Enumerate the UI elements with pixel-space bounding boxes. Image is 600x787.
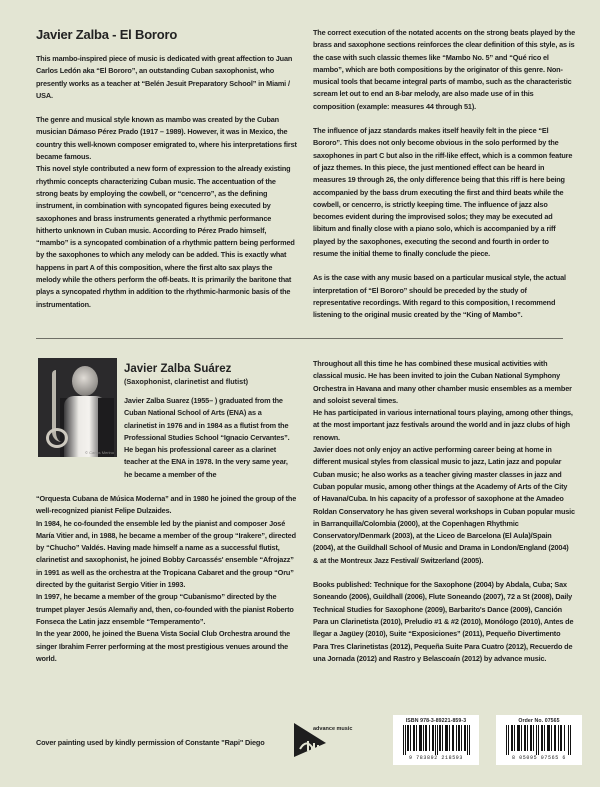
photo-credit: © Carlos Merino xyxy=(85,450,114,455)
article-paragraph: As is the case with any music based on a… xyxy=(313,272,575,321)
back-cover-page: Javier Zalba - El Bororo This mambo-insp… xyxy=(0,0,600,787)
bio-name: Javier Zalba Suárez xyxy=(124,362,248,376)
article-title: Javier Zalba - El Bororo xyxy=(36,27,298,43)
bio-intro: Javier Zalba Suarez (1955– ) graduated f… xyxy=(124,395,294,481)
bio-paragraph: In the year 2000, he joined the Buena Vi… xyxy=(36,628,298,665)
bio-paragraph: Throughout all this time he has combined… xyxy=(313,358,575,407)
isbn-barcode: ISBN 978-3-89221-859-3 9 783892 218593 xyxy=(393,715,479,765)
order-barcode: Order No. 07565 8 05095 07565 6 xyxy=(496,715,582,765)
musician-photo: © Carlos Merino xyxy=(38,358,117,457)
bio-header: Javier Zalba Suárez (Saxophonist, clarin… xyxy=(124,362,248,388)
isbn-label: ISBN 978-3-89221-859-3 xyxy=(397,718,475,725)
bio-role: (Saxophonist, clarinetist and flutist) xyxy=(124,376,248,388)
books-published: Books published: Technique for the Saxop… xyxy=(313,579,575,665)
bio-left-column: “Orquesta Cubana de Música Moderna” and … xyxy=(36,493,298,665)
bio-paragraph: Javier Zalba Suarez (1955– ) graduated f… xyxy=(124,395,294,481)
article-right-column: The correct execution of the notated acc… xyxy=(313,27,575,322)
bio-paragraph: In 1984, he co-founded the ensemble led … xyxy=(36,518,298,592)
order-digits: 8 05095 07565 6 xyxy=(500,755,578,761)
section-divider xyxy=(36,338,563,339)
cover-credit: Cover painting used by kindly permission… xyxy=(36,738,265,747)
article-paragraph: The correct execution of the notated acc… xyxy=(313,27,575,113)
article-paragraph: This mambo-inspired piece of music is de… xyxy=(36,53,298,102)
bio-paragraph: “Orquesta Cubana de Música Moderna” and … xyxy=(36,493,298,518)
portrait-head xyxy=(72,366,98,396)
publisher-logo: advance music xyxy=(292,721,362,761)
bio-paragraph: He has participated in various internati… xyxy=(313,407,575,444)
bio-right-column: Throughout all this time he has combined… xyxy=(313,358,575,665)
article-paragraph: The genre and musical style known as mam… xyxy=(36,114,298,163)
bio-paragraph: In 1997, he became a member of the group… xyxy=(36,591,298,628)
barcode-icon xyxy=(502,725,576,755)
article-left-column: Javier Zalba - El Bororo This mambo-insp… xyxy=(36,27,298,311)
isbn-digits: 9 783892 218593 xyxy=(397,755,475,761)
bio-paragraph: Javier does not only enjoy an active per… xyxy=(313,444,575,567)
order-label: Order No. 07565 xyxy=(500,718,578,725)
article-paragraph: The influence of jazz standards makes it… xyxy=(313,125,575,260)
article-paragraph: This novel style contributed a new form … xyxy=(36,163,298,311)
barcode-icon xyxy=(399,725,473,755)
publisher-name: advance music xyxy=(313,726,352,732)
